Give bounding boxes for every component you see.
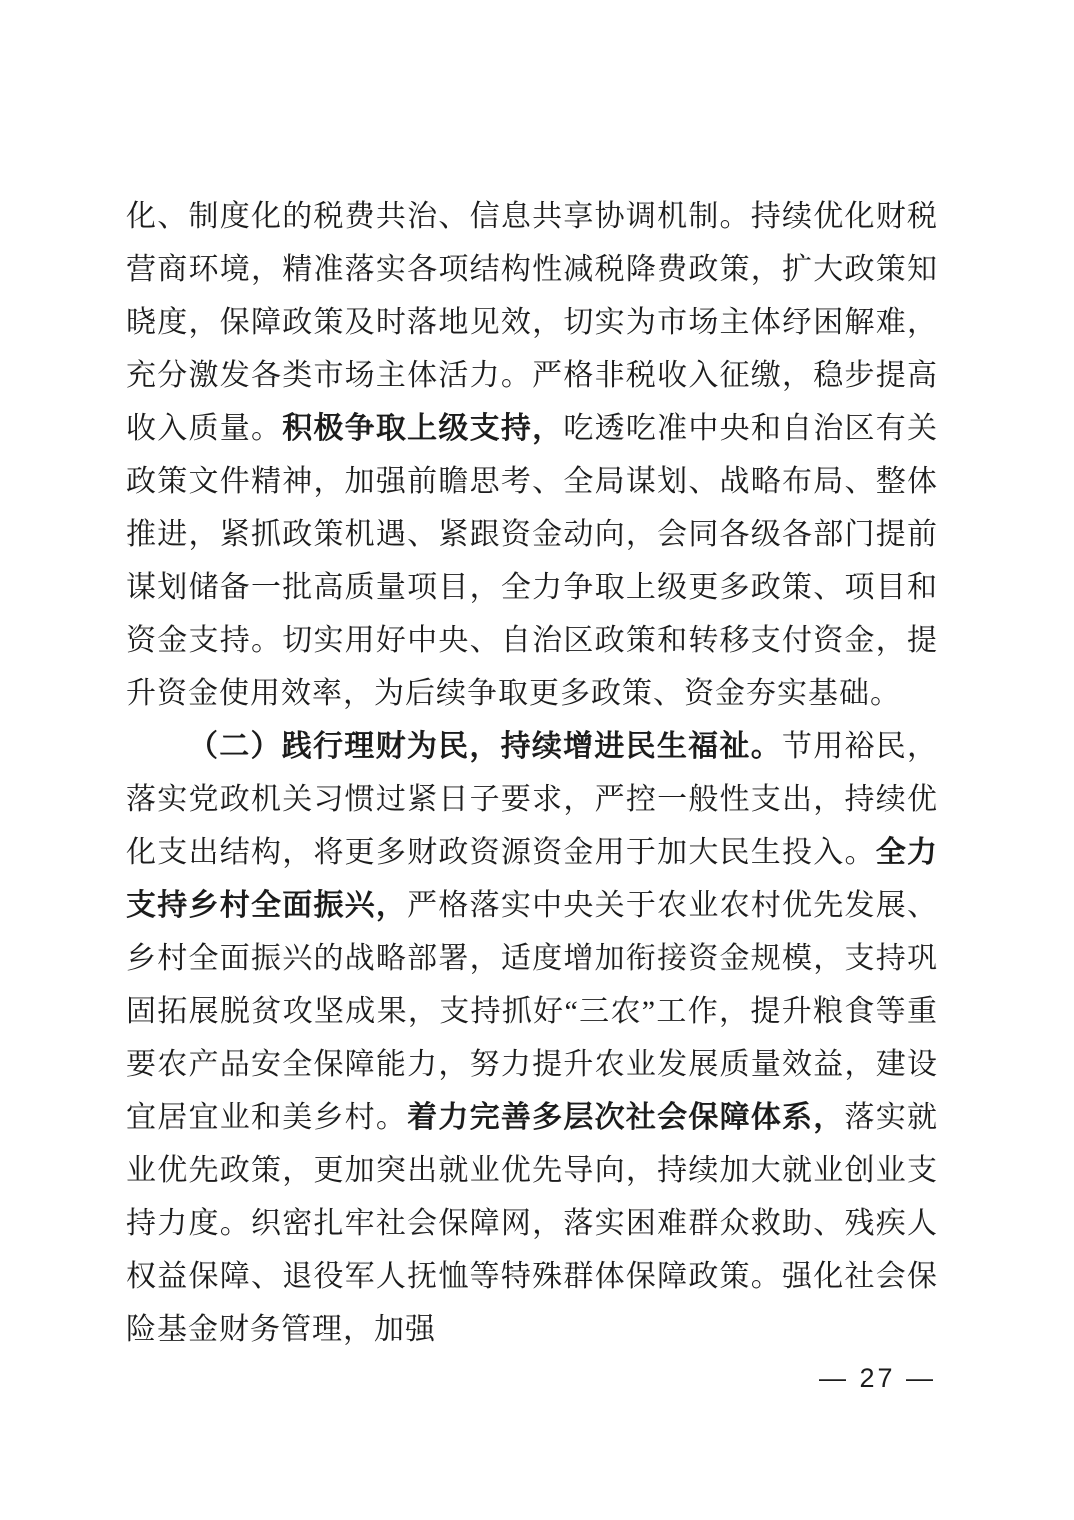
body-text: 化、制度化的税费共治、信息共享协调机制。持续优化财税营商环境，精准落实各项结构性… xyxy=(126,200,938,445)
emphasis-text: 积极争取上级支持， xyxy=(282,412,563,445)
page-footer: — 27 — xyxy=(819,1363,936,1394)
document-body: 化、制度化的税费共治、信息共享协调机制。持续优化财税营商环境，精准落实各项结构性… xyxy=(126,190,938,1356)
section-heading: （二）践行理财为民，持续增进民生福祉。 xyxy=(188,730,782,763)
paragraph: 化、制度化的税费共治、信息共享协调机制。持续优化财税营商环境，精准落实各项结构性… xyxy=(126,190,938,720)
page-number: — 27 — xyxy=(819,1363,936,1393)
paragraph: （二）践行理财为民，持续增进民生福祉。节用裕民，落实党政机关习惯过紧日子要求，严… xyxy=(126,720,938,1356)
document-page: 化、制度化的税费共治、信息共享协调机制。持续优化财税营商环境，精准落实各项结构性… xyxy=(0,0,1074,1520)
body-text: 严格落实中央关于农业农村优先发展、乡村全面振兴的战略部署，适度增加衔接资金规模，… xyxy=(126,889,938,1134)
body-text: 落实就业优先政策，更加突出就业优先导向，持续加大就业创业支持力度。织密扎牢社会保… xyxy=(126,1101,938,1346)
emphasis-text: 着力完善多层次社会保障体系， xyxy=(407,1101,844,1134)
body-text: 吃透吃准中央和自治区有关政策文件精神，加强前瞻思考、全局谋划、战略布局、整体推进… xyxy=(126,412,938,710)
